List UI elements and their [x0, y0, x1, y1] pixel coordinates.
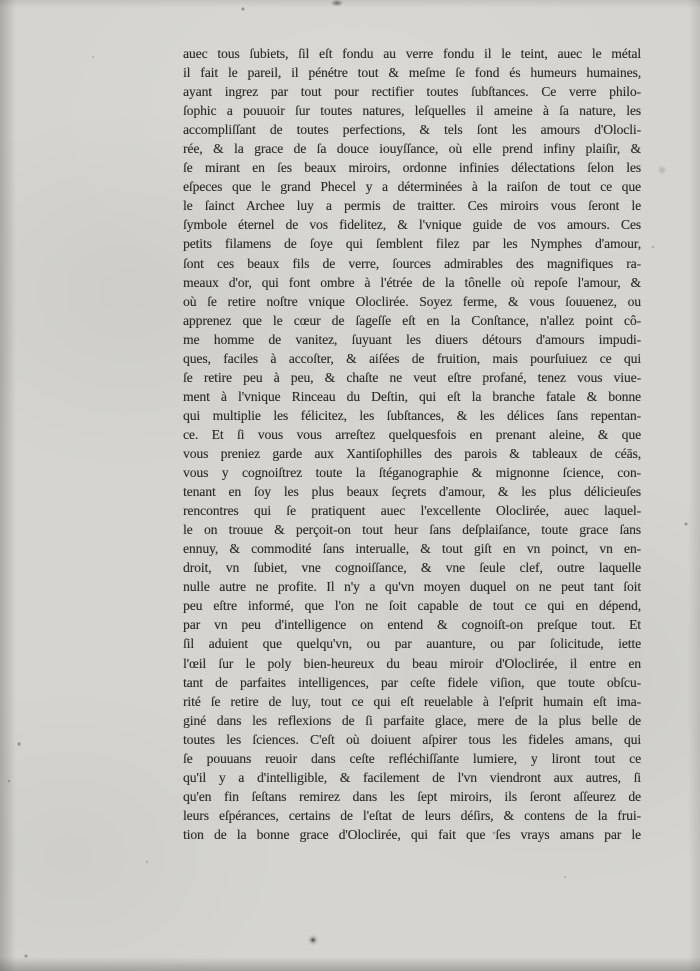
- text-line: accompliſſant de toutes perfections, & t…: [183, 120, 641, 139]
- text-line: l'œil ſur le poly bien-heureux du beau m…: [183, 654, 641, 673]
- text-line: rencontres qui ſe pratiquent auec l'exce…: [183, 501, 641, 520]
- text-line: tion de la bonne grace d'Oloclirée, qui …: [183, 825, 641, 844]
- text-line: vous y cognoiſtrez toute la ſtéganograph…: [183, 463, 641, 482]
- text-line: auec tous ſubiets, ſil eſt fondu au verr…: [183, 44, 641, 63]
- text-line: meaux d'or, qui font ombre à l'étrée de …: [183, 273, 641, 292]
- text-line: giné dans les reflexions de ſi parfaite …: [183, 711, 641, 730]
- text-line: leurs eſpérances, certains de l'eſtat de…: [183, 806, 641, 825]
- text-line: rée, & la grace de ſa douce iouyſſance, …: [183, 139, 641, 158]
- text-line: ſymbole éternel de vos fidelitez, & l'vn…: [183, 215, 641, 234]
- text-line: ſophic a pouuoir ſur toutes natures, leſ…: [183, 101, 641, 120]
- text-line: ſe retire peu à peu, & chaſte ne veut eſ…: [183, 368, 641, 387]
- text-line: ment à l'vnique Rinceau du Deſtin, qui e…: [183, 387, 641, 406]
- text-line: qu'il y a d'intelligible, & facilement d…: [183, 768, 641, 787]
- text-line: peu eſtre informé, que l'on ne ſoit capa…: [183, 596, 641, 615]
- text-line: qu'en fin ſeſtans remirez dans les ſept …: [183, 787, 641, 806]
- text-line: eſpeces que le grand Phecel y a détermin…: [183, 177, 641, 196]
- book-page-scan: auec tous ſubiets, ſil eſt fondu au verr…: [0, 0, 700, 971]
- text-line: droit, vn ſubiet, vne cognoiſſance, & vn…: [183, 558, 641, 577]
- text-line: il fait le pareil, il pénétre tout & meſ…: [183, 63, 641, 82]
- text-line: ſe mirant en ſes beaux miroirs, ordonne …: [183, 158, 641, 177]
- text-line: rité ſe retire de luy, tout ce qui eſt r…: [183, 692, 641, 711]
- text-block: auec tous ſubiets, ſil eſt fondu au verr…: [183, 44, 641, 844]
- text-line: le ſainct Archee luy a permis de traitte…: [183, 196, 641, 215]
- text-line: ennuy, & commodité ſans interualle, & to…: [183, 539, 641, 558]
- text-line: où ſe retire noſtre vnique Oloclirée. So…: [183, 292, 641, 311]
- text-line: vous preniez garde aux Xantiſophilles de…: [183, 444, 641, 463]
- text-line: nulle autre ne profite. Il n'y a qu'vn m…: [183, 577, 641, 596]
- text-line: ce. Et ſi vous vous arreſtez quelquesfoi…: [183, 425, 641, 444]
- text-line: petits filamens de ſoye qui ſemblent fil…: [183, 234, 641, 253]
- text-line: apprenez que le cœur de ſageſſe eſt en l…: [183, 311, 641, 330]
- text-line: par vn peu d'intelligence on entend & co…: [183, 615, 641, 634]
- text-line: toutes les ſciences. C'eſt où doiuent aſ…: [183, 730, 641, 749]
- text-line: qui multiplie les félicitez, les ſubſtan…: [183, 406, 641, 425]
- text-line: ayant ingrez par tout pour rectifier tou…: [183, 82, 641, 101]
- text-line: le on trouue & perçoit-on tout heur ſans…: [183, 520, 641, 539]
- text-line: ſe pouuans reuoir dans ceſte refléchiſſa…: [183, 749, 641, 768]
- text-line: ſil aduient que quelqu'vn, ou par auantu…: [183, 634, 641, 653]
- text-line: tant de parfaites intelligences, par ceſ…: [183, 673, 641, 692]
- text-line: me homme de vanitez, ſuyuant les diuers …: [183, 330, 641, 349]
- text-line: ques, faciles à accoſter, & aiſées de fr…: [183, 349, 641, 368]
- text-line: tenant en ſoy les plus beaux ſeçrets d'a…: [183, 482, 641, 501]
- text-line: ſont ces beaux fils de verre, ſources ad…: [183, 254, 641, 273]
